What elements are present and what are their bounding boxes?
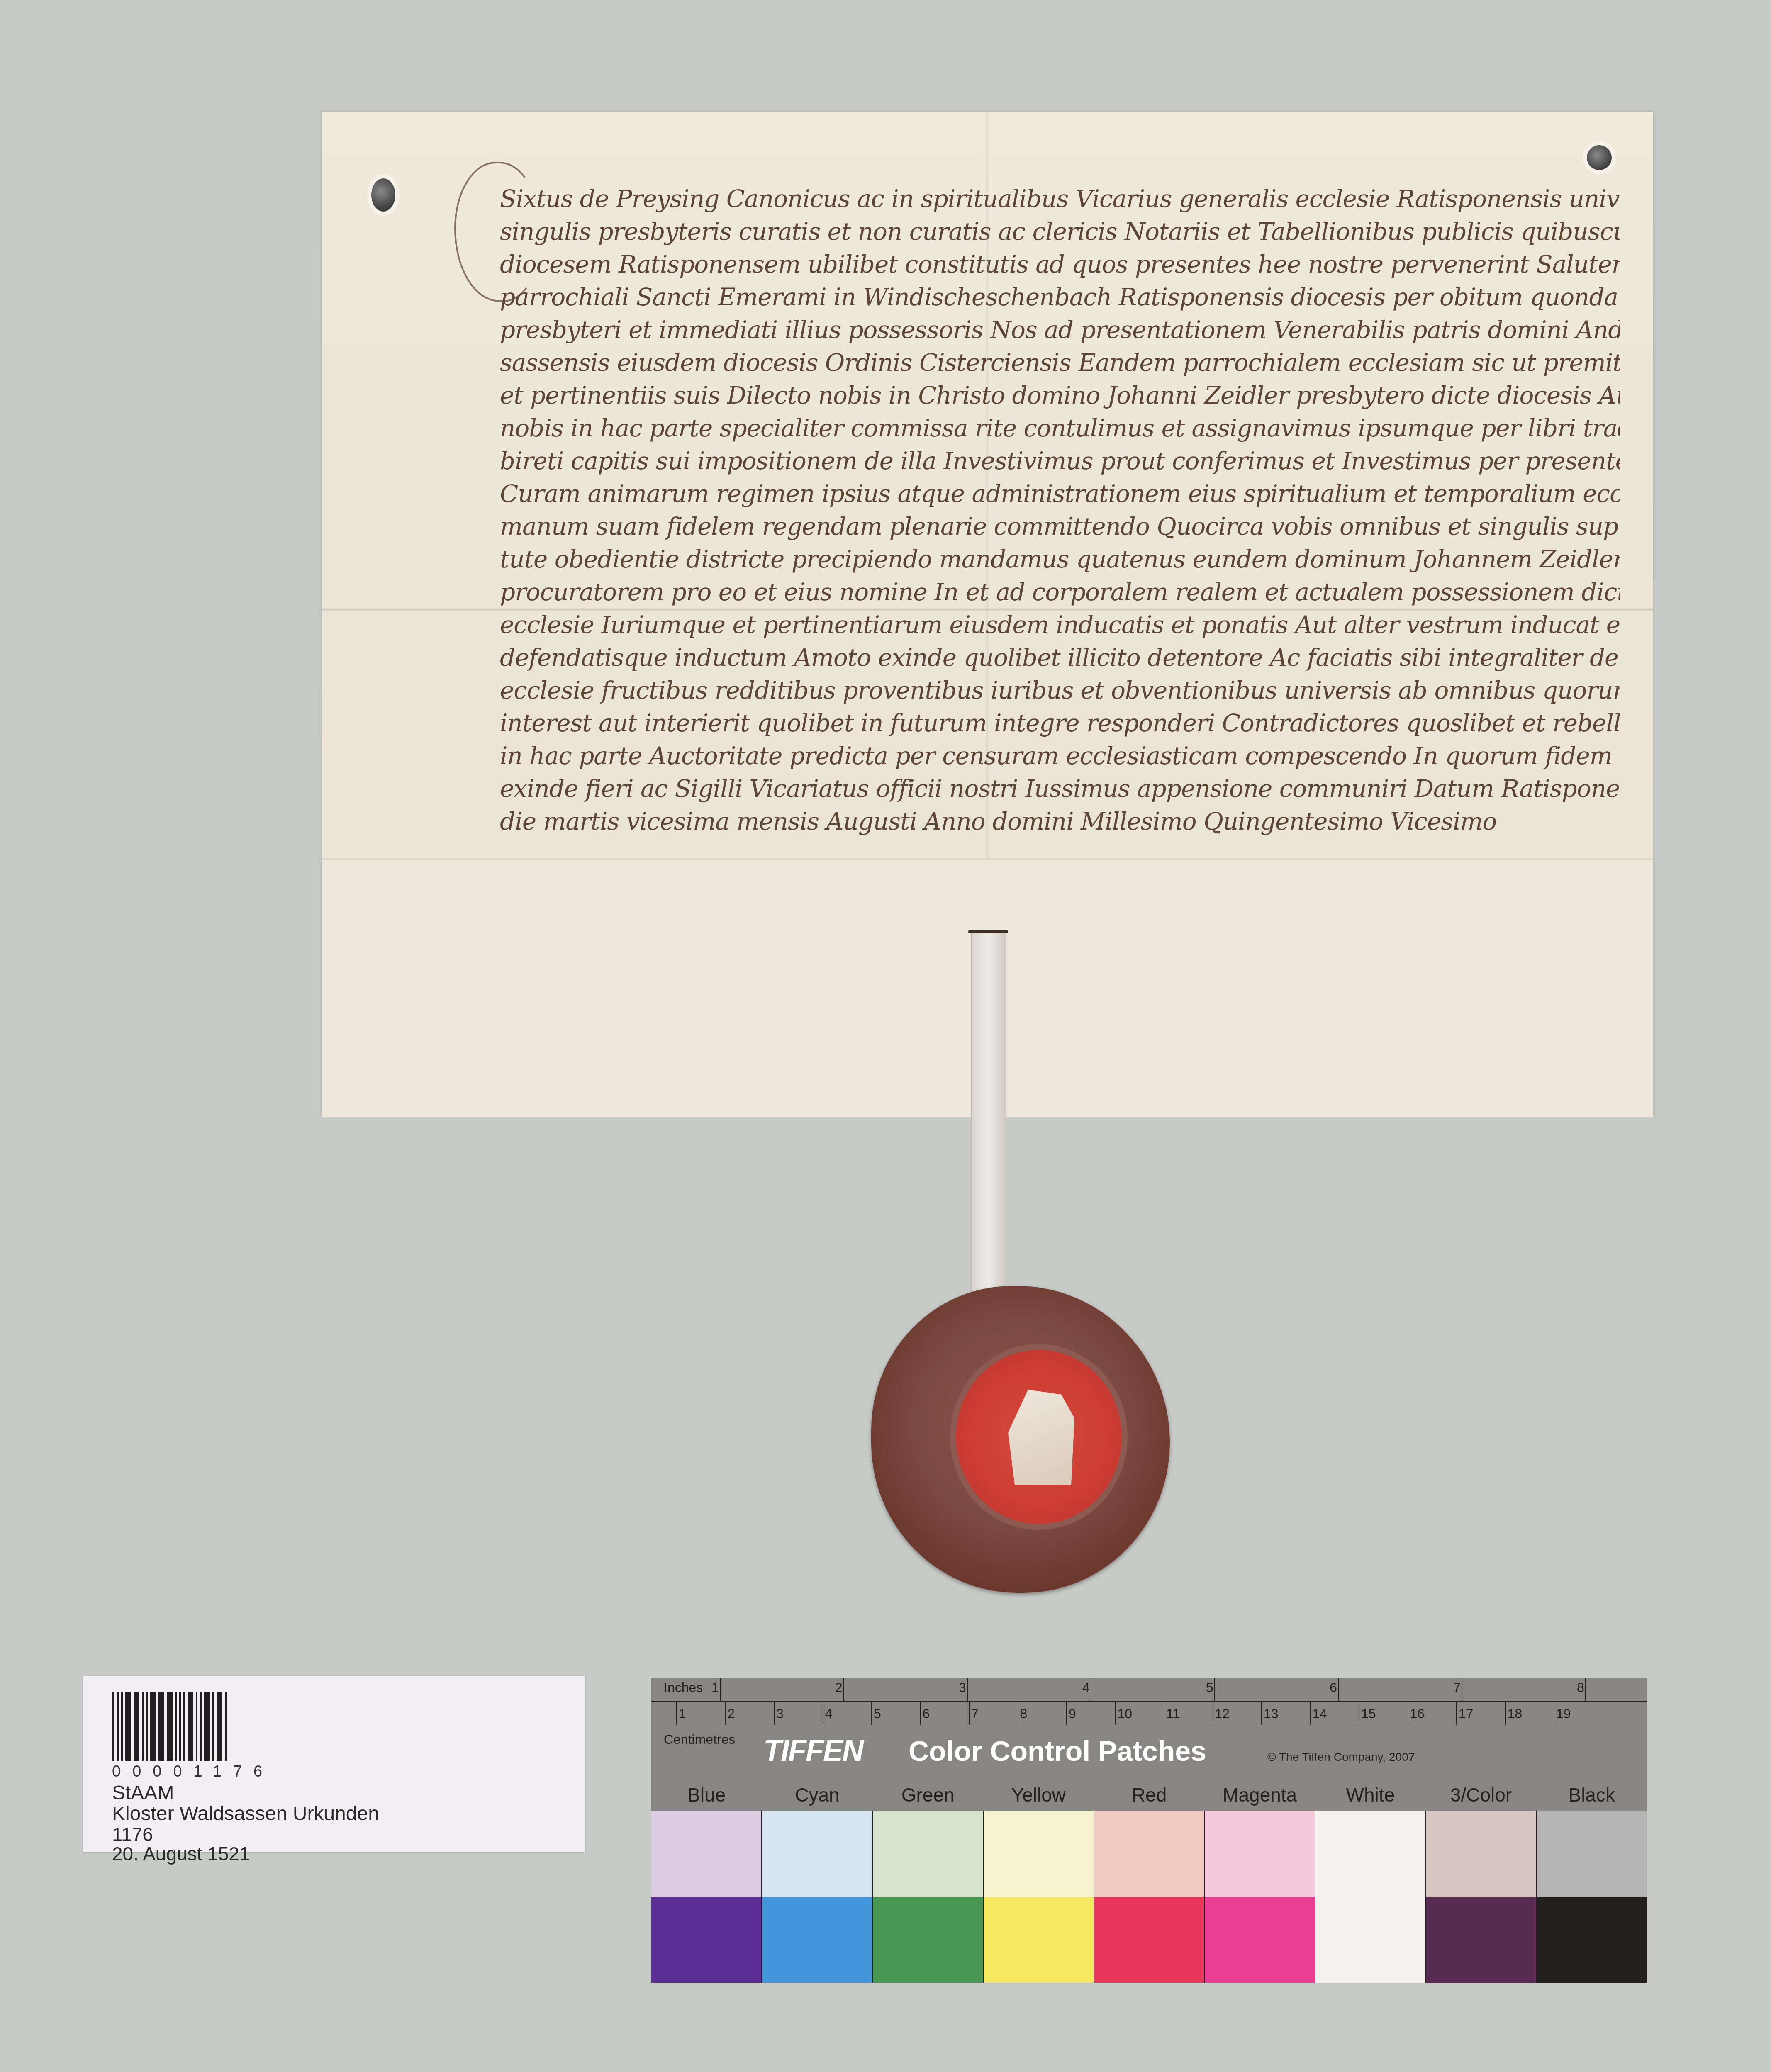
cm-tick [725,1702,726,1725]
document-date: 20. August 1521 [112,1843,250,1865]
cm-tick [676,1702,677,1725]
patch-3-color [1426,1811,1537,1983]
cm-tick [1213,1702,1213,1725]
color-patches [651,1811,1647,1983]
cm-tick-label: 11 [1166,1706,1180,1721]
inch-tick [843,1678,844,1701]
seal-strap [971,931,1006,1315]
card-title: Color Control Patches [909,1735,1206,1768]
patch-light [651,1811,761,1897]
cm-tick-label: 12 [1215,1706,1230,1721]
patch-name: Black [1536,1784,1647,1806]
inch-tick-label: 7 [1453,1680,1461,1695]
patch-light [873,1811,983,1897]
strap-slit [968,930,1008,933]
patch-dark [1205,1897,1315,1983]
text-line: et pertinentiis suis Dilecto nobis in Ch… [500,379,1620,412]
cm-tick-label: 1 [679,1706,686,1721]
patch-name: Cyan [762,1784,873,1806]
collection-name: Kloster Waldsassen Urkunden [112,1802,379,1825]
cm-tick [920,1702,921,1725]
text-line: interest aut interierit quolibet in futu… [500,707,1620,740]
cm-tick [1066,1702,1067,1725]
cm-tick [774,1702,775,1725]
text-line: ecclesie Iuriumque et pertinentiarum eiu… [500,609,1620,641]
inch-ruler [651,1678,1647,1702]
cm-tick [1505,1702,1506,1725]
text-line: sassensis eiusdem diocesis Ordinis Ciste… [500,346,1620,379]
cm-tick-label: 9 [1069,1706,1076,1721]
barcode-number: 00001176 [112,1763,274,1781]
patch-dark [873,1897,983,1983]
patch-cyan [762,1811,873,1983]
cm-tick-label: 4 [825,1706,833,1721]
charter-text: Sixtus de Preysing Canonicus ac in spiri… [500,183,1620,838]
patch-light [1537,1811,1647,1897]
text-line: manum suam fidelem regendam plenarie com… [500,510,1620,543]
patch-light [1205,1811,1315,1897]
patch-dark [1094,1897,1204,1983]
patch-name: Red [1094,1784,1205,1806]
patch-blue [651,1811,762,1983]
patch-white [1315,1811,1426,1983]
patch-light [984,1811,1094,1897]
color-control-card: Inches Centimetres TIFFEN Color Control … [651,1678,1647,1983]
cm-tick-label: 7 [971,1706,979,1721]
mounting-pin-right-icon [1587,145,1612,170]
inch-tick-label: 3 [959,1680,966,1695]
patch-light [1426,1811,1536,1897]
patch-name: White [1315,1784,1426,1806]
patch-dark [984,1897,1094,1983]
text-line: Sixtus de Preysing Canonicus ac in spiri… [500,183,1620,215]
cm-tick [1261,1702,1262,1725]
archive-name: StAAM [112,1782,174,1804]
text-line: in hac parte Auctoritate predicta per ce… [500,740,1620,772]
patch-red [1094,1811,1205,1983]
tiffen-logo: TIFFEN [763,1734,863,1768]
inch-tick-label: 4 [1082,1680,1090,1695]
barcode-icon [112,1692,229,1761]
inch-tick [720,1678,721,1701]
cm-tick-label: 18 [1508,1706,1523,1721]
inch-tick-label: 5 [1206,1680,1213,1695]
mounting-pin-left-icon [371,178,395,212]
patch-dark [762,1897,872,1983]
cm-tick-label: 17 [1459,1706,1474,1721]
patch-name: 3/Color [1426,1784,1537,1806]
cm-tick-label: 16 [1410,1706,1425,1721]
text-line: exinde fieri ac Sigilli Vicariatus offic… [500,772,1620,805]
text-line: ecclesie fructibus redditibus proventibu… [500,674,1620,707]
inch-tick-label: 8 [1577,1680,1584,1695]
text-line: defendatisque inductum Amoto exinde quol… [500,641,1620,674]
cm-tick-label: 8 [1020,1706,1028,1721]
patch-name: Yellow [983,1784,1094,1806]
patch-magenta [1205,1811,1315,1983]
patch-dark [651,1897,761,1983]
cm-tick-label: 13 [1264,1706,1279,1721]
inch-tick [1585,1678,1586,1701]
patch-name-row: Blue Cyan Green Yellow Red Magenta White… [651,1784,1647,1806]
patch-light [762,1811,872,1897]
text-line: Curam animarum regimen ipsius atque admi… [500,477,1620,510]
patch-name: Blue [651,1784,762,1806]
wax-seal [871,1286,1170,1593]
cm-tick [969,1702,970,1725]
cm-tick-label: 2 [728,1706,735,1721]
cm-tick-label: 3 [776,1706,784,1721]
cm-tick-label: 6 [923,1706,930,1721]
text-line: procuratorem pro eo et eius nomine In et… [500,576,1620,609]
patch-name: Green [872,1784,983,1806]
inch-tick [1462,1678,1462,1701]
inch-tick-label: 1 [711,1680,719,1695]
patch-dark [1315,1897,1425,1983]
cm-tick [1164,1702,1164,1725]
item-number: 1176 [112,1823,153,1846]
text-line: bireti capitis sui impositionem de illa … [500,445,1620,477]
patch-light [1315,1811,1425,1897]
patch-yellow [984,1811,1094,1983]
text-line: nobis in hac parte specialiter commissa … [500,412,1620,445]
text-line: diocesem Ratisponensem ubilibet constitu… [500,248,1620,281]
patch-black [1537,1811,1647,1983]
copyright-text: © The Tiffen Company, 2007 [1267,1751,1415,1764]
inches-label: Inches [664,1680,703,1695]
inch-tick [967,1678,968,1701]
text-line: die martis vicesima mensis Augusti Anno … [500,805,1620,838]
inch-tick [1091,1678,1091,1701]
patch-dark [1537,1897,1647,1983]
cm-tick [1359,1702,1359,1725]
inch-tick-label: 2 [835,1680,843,1695]
patch-light [1094,1811,1204,1897]
cm-tick-label: 14 [1313,1706,1328,1721]
inch-tick-label: 6 [1330,1680,1337,1695]
inch-tick [1338,1678,1339,1701]
cm-tick [1456,1702,1457,1725]
patch-name: Magenta [1204,1784,1315,1806]
cm-tick [1018,1702,1018,1725]
patch-dark [1426,1897,1536,1983]
cm-tick-label: 19 [1556,1706,1571,1721]
cm-tick-label: 5 [874,1706,881,1721]
text-line: parrochiali Sancti Emerami in Windisches… [500,281,1620,314]
cm-tick [871,1702,872,1725]
inch-tick [1214,1678,1215,1701]
text-line: singulis presbyteris curatis et non cura… [500,215,1620,248]
cm-tick [1408,1702,1408,1725]
patch-green [873,1811,984,1983]
cm-tick [823,1702,823,1725]
archive-label: 00001176 StAAM Kloster Waldsassen Urkund… [83,1676,585,1852]
cm-tick [1115,1702,1116,1725]
cm-tick-label: 15 [1361,1706,1376,1721]
centimetres-label: Centimetres [664,1732,736,1747]
cm-tick [1554,1702,1554,1725]
cm-tick [1310,1702,1311,1725]
text-line: tute obedientie districte precipiendo ma… [500,543,1620,576]
text-line: presbyteri et immediati illius possessor… [500,314,1620,346]
cm-tick-label: 10 [1118,1706,1133,1721]
